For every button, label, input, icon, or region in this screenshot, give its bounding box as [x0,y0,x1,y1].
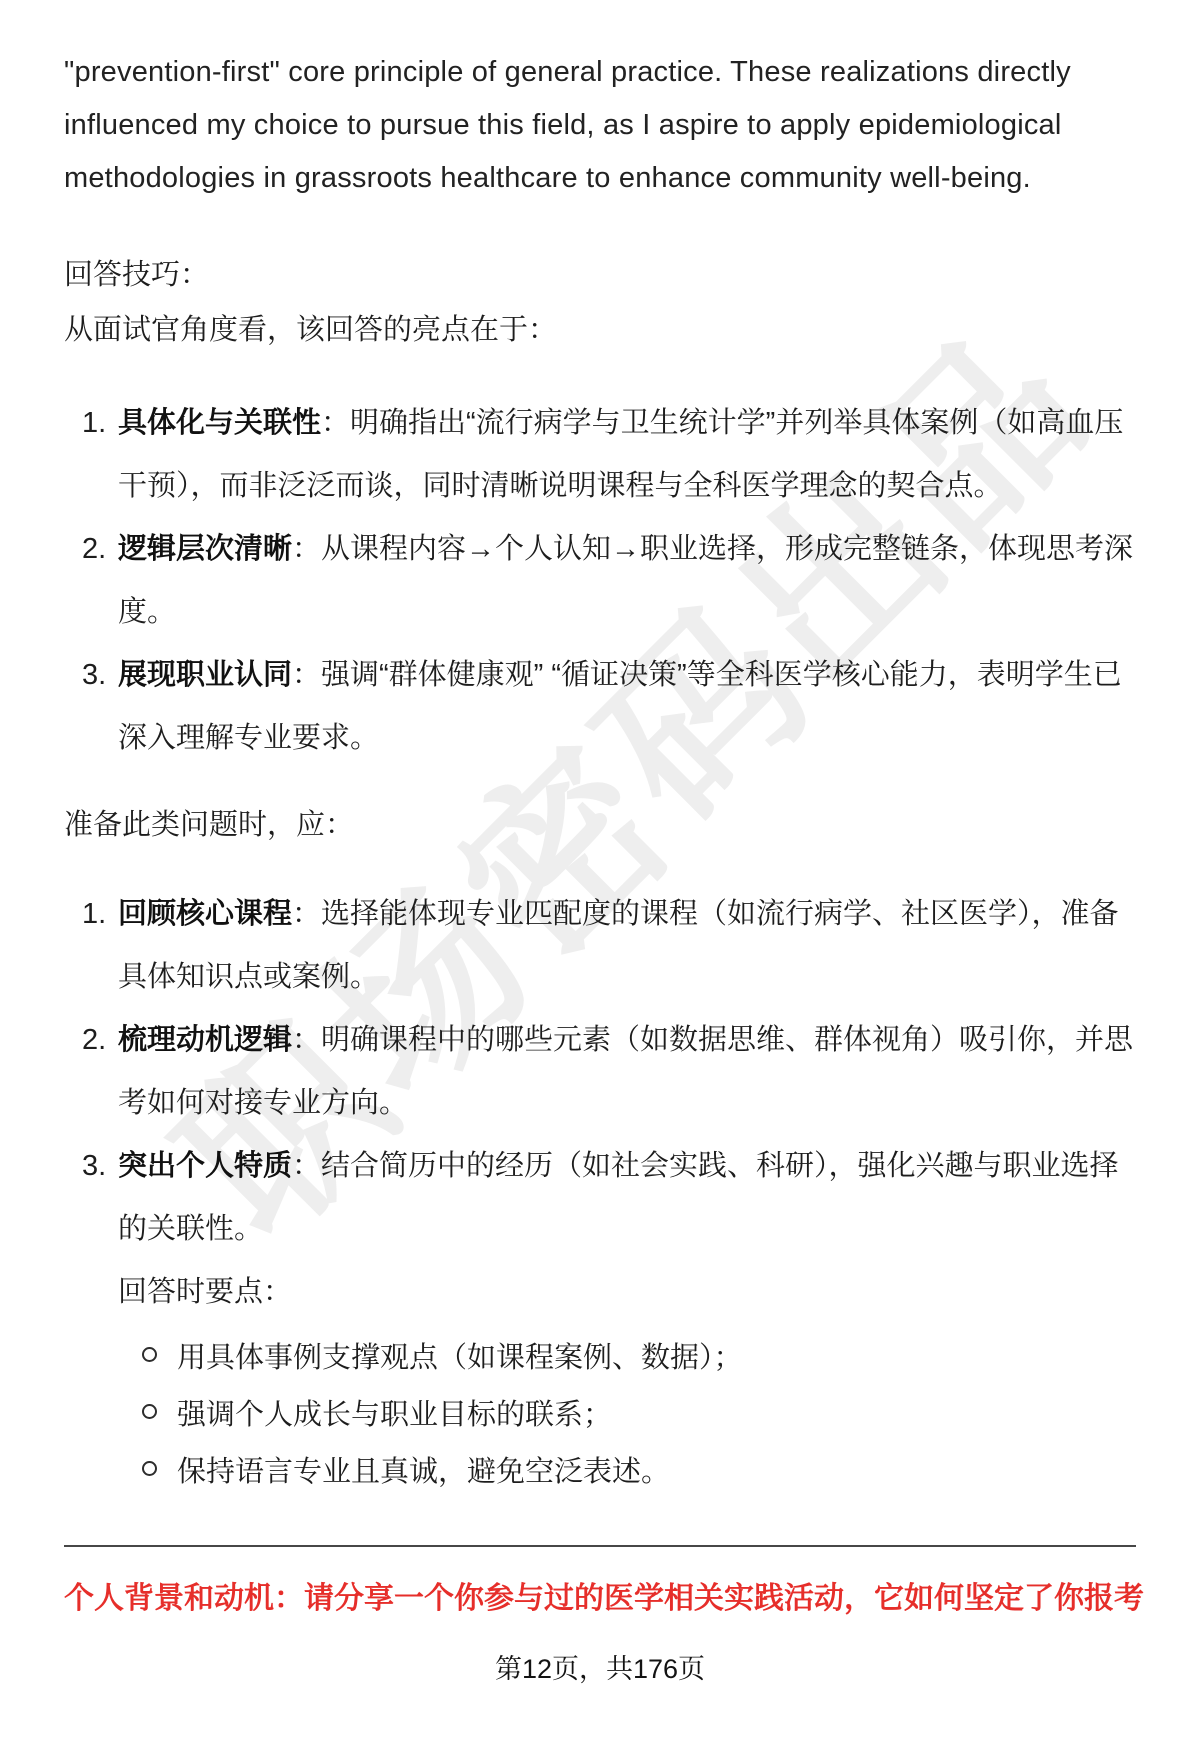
sub-list-item-text: 强调个人成长与职业目标的联系； [177,1387,612,1444]
circle-bullet-icon [142,1347,157,1362]
list-item-head: 突出个人特质 [118,1150,292,1182]
list-item-number: 1. [82,392,118,518]
list-item-head: 逻辑层次清晰 [118,533,292,565]
answer-tips-lead: 从面试官角度看，该回答的亮点在于： [64,303,1136,358]
next-question-heading: 个人背景和动机：请分享一个你参与过的医学相关实践活动，它如何坚定了你报考 [64,1573,1136,1617]
list-item-number: 1. [82,883,118,1009]
list-item-text: 突出个人特质：结合简历中的经历（如社会实践、科研），强化兴趣与职业选择的关联性。… [118,1135,1136,1501]
list-item-text: 回顾核心课程：选择能体现专业匹配度的课程（如流行病学、社区医学），准备具体知识点… [118,883,1136,1009]
list-item: 1. 具体化与关联性：明确指出“流行病学与卫生统计学”并列举具体案例（如高血压干… [82,392,1136,518]
sub-list-item: 用具体事例支撑观点（如课程案例、数据）； [142,1330,1136,1387]
list-item-number: 3. [82,1135,118,1501]
answer-tips-title: 回答技巧： [64,248,1136,303]
list-item-text: 梳理动机逻辑：明确课程中的哪些元素（如数据思维、群体视角）吸引你，并思考如何对接… [118,1009,1136,1135]
list-item: 3. 突出个人特质：结合简历中的经历（如社会实践、科研），强化兴趣与职业选择的关… [82,1135,1136,1501]
sub-list-item: 保持语言专业且真诚，避免空泛表述。 [142,1444,1136,1501]
sub-list-item-text: 用具体事例支撑观点（如课程案例、数据）； [177,1330,743,1387]
sub-list-lead: 回答时要点： [118,1261,1136,1324]
list-item: 2. 梳理动机逻辑：明确课程中的哪些元素（如数据思维、群体视角）吸引你，并思考如… [82,1009,1136,1135]
list-item-head: 具体化与关联性 [118,407,321,439]
intro-paragraph: "prevention-first" core principle of gen… [64,46,1136,204]
list-item-head: 回顾核心课程 [118,898,292,930]
page-content: "prevention-first" core principle of gen… [0,0,1200,1686]
list-item-number: 2. [82,518,118,644]
preparation-list: 1. 回顾核心课程：选择能体现专业匹配度的课程（如流行病学、社区医学），准备具体… [64,883,1136,1501]
section-divider [64,1545,1136,1547]
list-item-head: 梳理动机逻辑 [118,1024,292,1056]
sub-list-item: 强调个人成长与职业目标的联系； [142,1387,1136,1444]
answer-tips-list: 1. 具体化与关联性：明确指出“流行病学与卫生统计学”并列举具体案例（如高血压干… [64,392,1136,770]
list-item-head: 展现职业认同 [118,659,292,691]
preparation-lead: 准备此类问题时，应： [64,798,1136,853]
circle-bullet-icon [142,1461,157,1476]
answer-key-points-list: 用具体事例支撑观点（如课程案例、数据）； 强调个人成长与职业目标的联系； 保持语… [118,1330,1136,1501]
list-item-number: 3. [82,644,118,770]
sub-list-item-text: 保持语言专业且真诚，避免空泛表述。 [177,1444,670,1501]
list-item: 3. 展现职业认同：强调“群体健康观” “循证决策”等全科医学核心能力，表明学生… [82,644,1136,770]
list-item-text: 逻辑层次清晰：从课程内容→个人认知→职业选择，形成完整链条，体现思考深度。 [118,518,1136,644]
circle-bullet-icon [142,1404,157,1419]
list-item-text: 展现职业认同：强调“群体健康观” “循证决策”等全科医学核心能力，表明学生已深入… [118,644,1136,770]
list-item-number: 2. [82,1009,118,1135]
list-item: 1. 回顾核心课程：选择能体现专业匹配度的课程（如流行病学、社区医学），准备具体… [82,883,1136,1009]
list-item-text: 具体化与关联性：明确指出“流行病学与卫生统计学”并列举具体案例（如高血压干预），… [118,392,1136,518]
document-page: 职场密码出品 "prevention-first" core principle… [0,0,1200,1755]
list-item: 2. 逻辑层次清晰：从课程内容→个人认知→职业选择，形成完整链条，体现思考深度。 [82,518,1136,644]
page-number-label: 第12页，共176页 [64,1647,1136,1686]
